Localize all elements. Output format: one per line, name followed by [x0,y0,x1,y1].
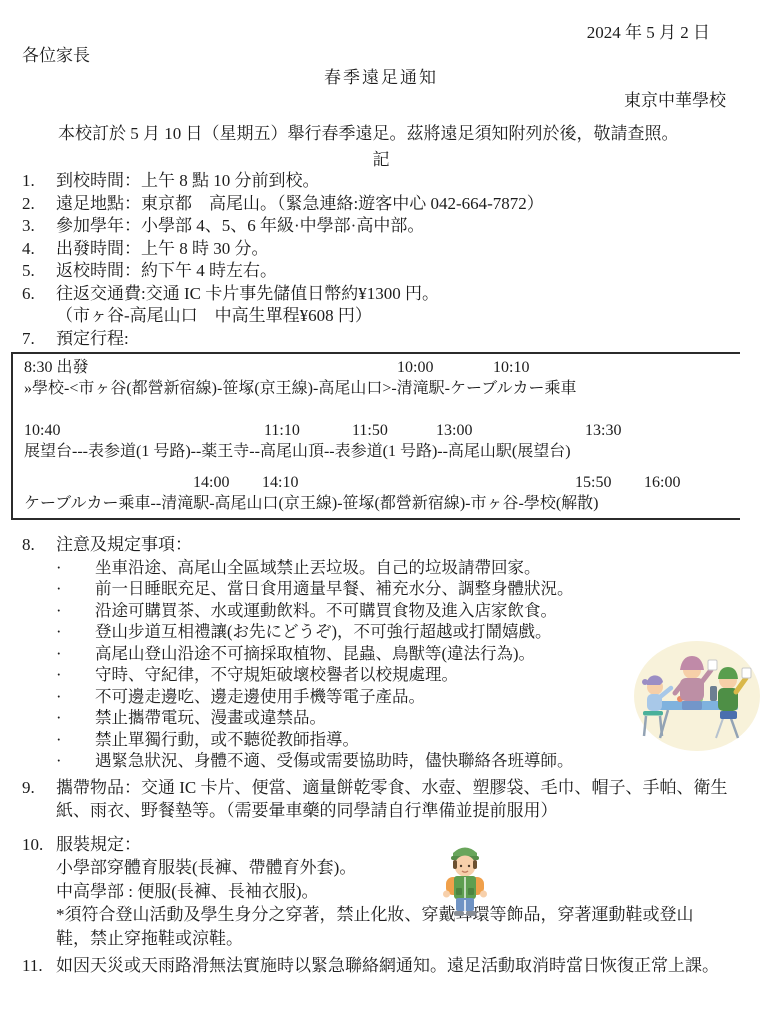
bullet-dot: · [56,643,95,665]
list-item-6b: （市ヶ谷-高尾山口 中高生單程¥608 円） [22,305,740,328]
item-text: 攜帶物品：交通 IC 卡片、便當、適量餅乾零食、水壺、塑膠袋、毛巾、帽子、手帕、… [56,776,740,822]
bullet-dot: · [56,621,95,643]
item-number: 2. [22,193,56,216]
item-number: 4. [22,238,56,261]
schedule-time: 10:10 [493,357,529,378]
students-picnic-table-icon [628,638,762,754]
item-number: 10. [22,834,56,857]
bullet-dot: · [56,578,95,600]
list-item-4: 4. 出發時間：上午 8 時 30 分。 [22,238,740,261]
schedule-box: 8:30 出發 10:00 10:10 »學校-<市ヶ谷(都營新宿線)-笹塚(京… [11,352,740,520]
item-number: 1. [22,170,56,193]
document-date: 2024 年 5 月 2 日 [22,22,740,45]
section-10-dress-code: 10. 服裝規定： 小學部穿體育服裝(長褲、帶體育外套)。 中高學部 : 便服(… [22,834,740,951]
bullet-dot: · [56,600,95,622]
schedule-time: 13:00 [436,420,472,441]
item-number: 3. [22,215,56,238]
schedule-route-3: ケーブルカー乘車--清滝駅-高尾山口(京王線)-笹塚(都營新宿線)-市ヶ谷-學校… [24,493,740,514]
intro-paragraph: 本校訂於 5 月 10 日（星期五）舉行春季遠足。茲將遠足須知附列於後，敬請查照… [22,122,740,145]
item-text: 往返交通費:交通 IC 卡片事先儲值日幣約¥1300 円。 [56,283,740,306]
schedule-time: 16:00 [644,472,680,493]
hiker-illustration [427,836,503,927]
item-number: 6. [22,283,56,306]
dress-code-line-1: 小學部穿體育服裝(長褲、帶體育外套)。 [56,856,740,880]
schedule-time: 14:00 [193,472,229,493]
schedule-time: 15:50 [575,472,611,493]
list-item-3: 3. 參加學年：小學部 4、5、6 年級·中學部·高中部。 [22,215,740,238]
student-hiker-icon [427,836,503,920]
list-item-2: 2. 遠足地點：東京都 高尾山。（緊急連絡:遊客中心 042-664-7872） [22,193,740,216]
schedule-time: 10:40 [24,420,60,441]
schedule-time: 13:30 [585,420,621,441]
schedule-time-row-3: 14:00 14:10 15:50 16:00 [24,472,740,493]
item-text: 遠足地點：東京都 高尾山。（緊急連絡:遊客中心 042-664-7872） [56,193,740,216]
bullet-dot: · [56,557,95,579]
picnic-illustration [628,638,762,761]
section-9-belongings: 9. 攜帶物品：交通 IC 卡片、便當、適量餅乾零食、水壺、塑膠袋、毛巾、帽子、… [22,776,740,822]
item-number: 11. [22,954,56,977]
note-bullet-item: · 前一日睡眠充足、當日食用適量早餐、補充水分、調整身體狀況。 [56,578,740,600]
departure-label: 8:30 出發 [24,357,88,378]
item-number: 5. [22,260,56,283]
note-bullet-item: · 坐車沿途、高尾山全區域禁止丟垃圾。自己的垃圾請帶回家。 [56,557,740,579]
schedule-route-2: 展望台---表参道(1 号路)--薬王寺--高尾山頂--表参道(1 号路)--高… [24,441,740,462]
note-bullet-item: · 沿途可購買茶、水或運動飲料。不可購買食物及進入店家飲食。 [56,600,740,622]
page-title: 春季遠足通知 [22,67,740,90]
list-item-1: 1. 到校時間：上午 8 點 10 分前到校。 [22,170,740,193]
item-text: 預定行程: [56,328,740,351]
notice-document: 2024 年 5 月 2 日 各位家長 春季遠足通知 東京中華學校 本校訂於 5… [0,0,764,1024]
spacer [24,399,740,420]
schedule-time-row-2: 10:40 11:10 11:50 13:00 13:30 [24,420,740,441]
bullet-text: 沿途可購買茶、水或運動飲料。不可購買食物及進入店家飲食。 [95,600,740,622]
section-10-heading-row: 10. 服裝規定： [22,834,740,857]
item-text: 出發時間：上午 8 時 30 分。 [56,238,740,261]
schedule-route-1: »學校-<市ヶ谷(都營新宿線)-笹塚(京王線)-高尾山口>-清滝駅-ケーブルカー… [24,378,740,399]
section-heading: 注意及規定事項： [56,534,740,557]
item-number: 7. [22,328,56,351]
bullet-dot: · [56,664,95,686]
bullet-dot: · [56,750,95,772]
dress-code-line-2: 中高學部 : 便服(長褲、長袖衣服)。 [56,880,740,904]
section-heading: 服裝規定： [56,834,740,857]
item-text: 如因天災或天雨路滑無法實施時以緊急聯絡網通知。遠足活動取消時當日恢復正常上課。 [56,954,740,977]
bullet-dot: · [56,707,95,729]
schedule-time: 11:10 [264,420,300,441]
item-text: 返校時間：約下午 4 時左右。 [56,260,740,283]
list-item-7: 7. 預定行程: [22,328,740,351]
item-text: 到校時間：上午 8 點 10 分前到校。 [56,170,740,193]
schedule-time: 14:10 [262,472,298,493]
list-item-6: 6. 往返交通費:交通 IC 卡片事先儲值日幣約¥1300 円。 [22,283,740,306]
bullet-text: 前一日睡眠充足、當日食用適量早餐、補充水分、調整身體狀況。 [95,578,740,600]
salutation: 各位家長 [22,45,740,68]
schedule-time: 10:00 [397,357,433,378]
bullet-dot: · [56,729,95,751]
bullet-text: 坐車沿途、高尾山全區域禁止丟垃圾。自己的垃圾請帶回家。 [95,557,740,579]
list-item-5: 5. 返校時間：約下午 4 時左右。 [22,260,740,283]
item-text: 參加學年：小學部 4、5、6 年級·中學部·高中部。 [56,215,740,238]
section-11-cancellation: 11. 如因天災或天雨路滑無法實施時以緊急聯絡網通知。遠足活動取消時當日恢復正常… [22,954,740,977]
spacer [24,462,740,472]
item-text: （市ヶ谷-高尾山口 中高生單程¥608 円） [56,305,740,328]
schedule-time: 11:50 [352,420,388,441]
record-heading: 記 [22,149,740,170]
schedule-time-row-1: 8:30 出發 10:00 10:10 [24,357,740,378]
school-name: 東京中華學校 [22,90,740,113]
bullet-dot: · [56,686,95,708]
item-number: 8. [22,534,56,557]
item-number: 9. [22,776,56,822]
section-8-heading-row: 8. 注意及規定事項： [22,534,740,557]
dress-code-note: *須符合登山活動及學生身分之穿著，禁止化妝、穿戴耳環等飾品，穿著運動鞋或登山鞋，… [56,903,716,950]
